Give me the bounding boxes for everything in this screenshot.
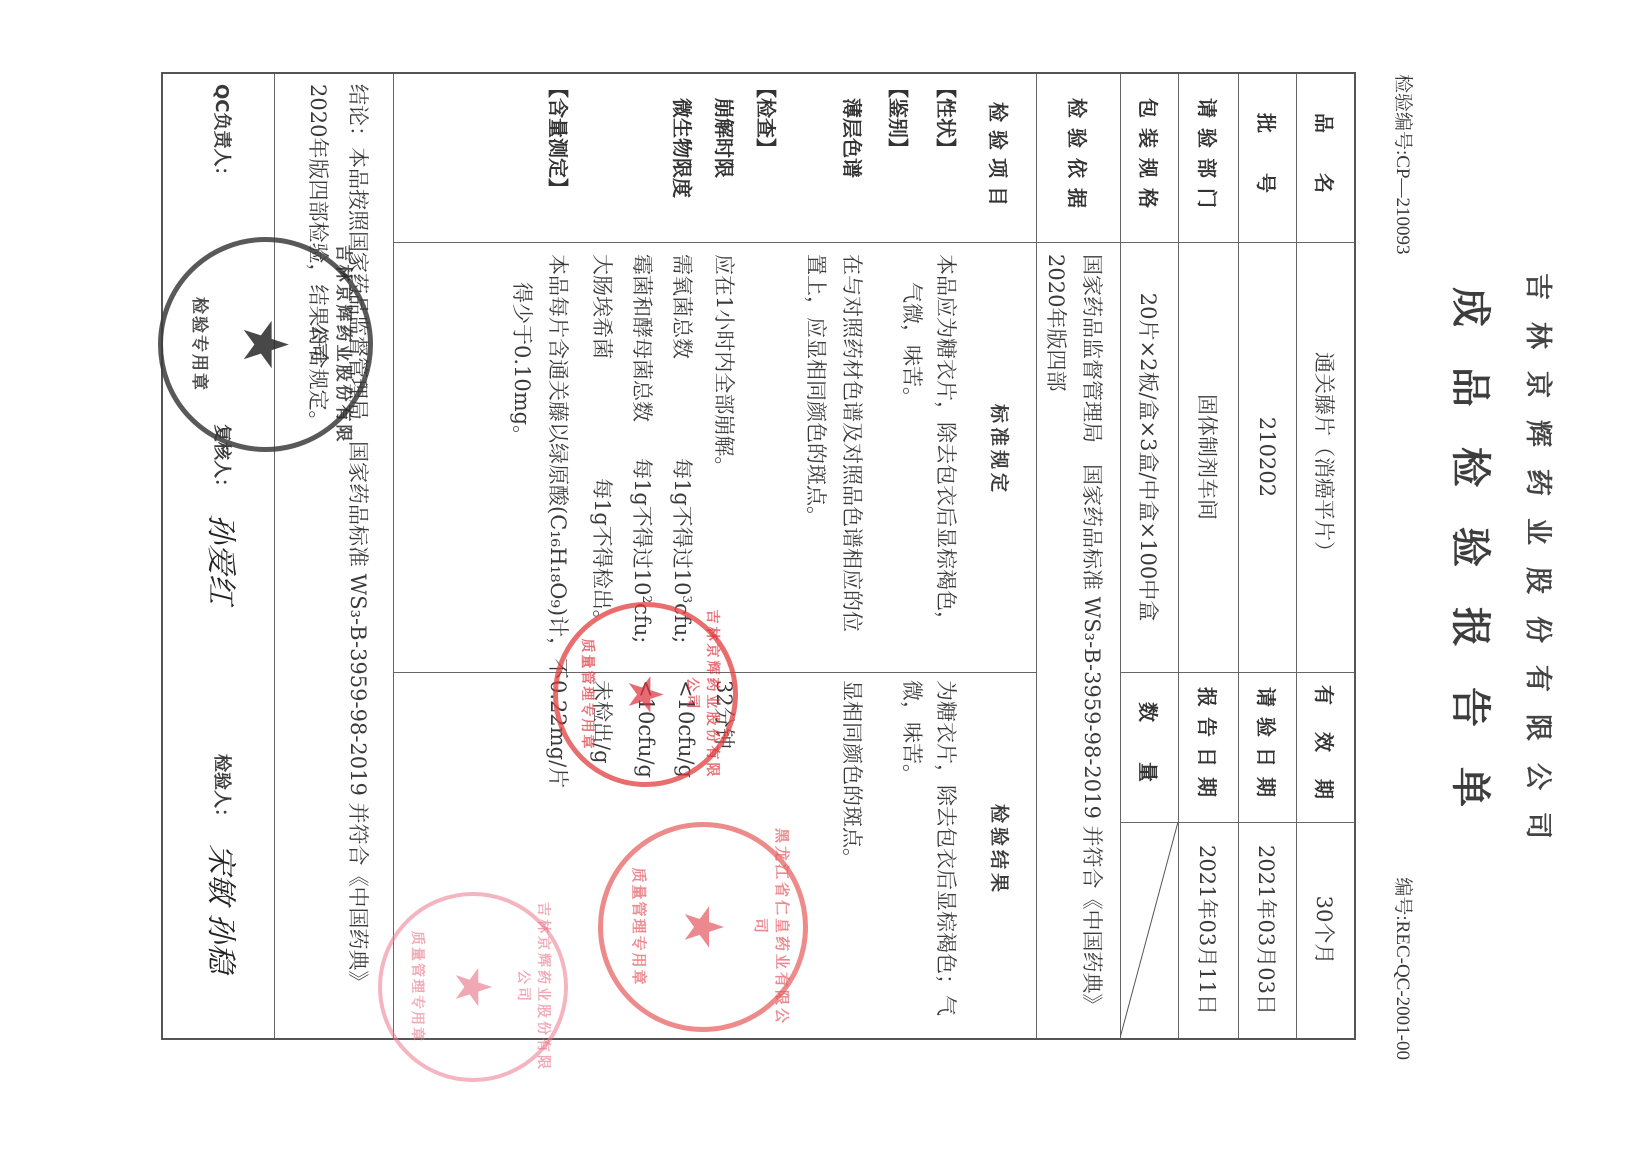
quality-seal-stamp-2: 黑龙江省仁皇药业有限公司 ★ 质量管理专用章 xyxy=(598,822,808,1032)
star-icon: ★ xyxy=(448,965,498,1010)
row-product: 品 名 通关藤片（消癌平片） 有 效 期 30个月 xyxy=(1296,74,1354,1038)
report-codes: 检验编号:CP—210093 编号:REC-QC-2001-00 xyxy=(1391,74,1418,1060)
col-header-result: 检验结果 xyxy=(987,804,1014,896)
conclusion-line-1: 结论：本品按照国家药品监督管理局 国家药品标准 WS₃-B-3959-98-20… xyxy=(344,84,374,992)
quality-seal-stamp-1: 吉林京辉药业股份有限公司 ★ 质量管理专用章 xyxy=(553,602,738,787)
reviewer-signature: 孙爱红 xyxy=(202,514,246,604)
quality-seal-2-bottom-text: 质量管理专用章 xyxy=(629,827,650,1027)
ecoli-name: 大肠埃希菌 xyxy=(588,254,618,359)
request-date-label: 请验日期 xyxy=(1239,672,1296,822)
col-header-standard: 标准规定 xyxy=(987,404,1014,496)
validity-value: 30个月 xyxy=(1297,822,1354,1038)
row-batch: 批 号 210202 请验日期 2021年03月03日 xyxy=(1238,74,1296,1038)
row-package: 包装规格 20片×2板/盒×3盒/中盒×100中盒 数 量 xyxy=(1120,74,1178,1038)
basis-line-1: 国家药品监督管理局 国家药品标准 WS₃-B-3959-98-2019 并符合《… xyxy=(1078,254,1108,1015)
assay-standard-2: 得少于0.10mg。 xyxy=(508,282,538,446)
product-name-value: 通关藤片（消癌平片） xyxy=(1297,242,1354,672)
quality-seal-1-bottom-text: 质量管理专用章 xyxy=(578,607,598,782)
character-result-2: 微，味苦。 xyxy=(898,680,928,785)
inspector-signature: 宋敏 孙稳 xyxy=(202,844,246,974)
inspection-number-value: CP—210093 xyxy=(1392,155,1413,254)
inspection-seal-ring-text: 吉林京辉药业股份有限公司 xyxy=(308,242,358,447)
quality-seal-1-ring-text: 吉林京辉药业股份有限公司 xyxy=(683,607,723,782)
report-date-label: 报告日期 xyxy=(1179,672,1238,822)
inspection-seal-stamp: 吉林京辉药业股份有限公司 ★ 检验专用章 xyxy=(158,237,373,452)
quantity-label: 数 量 xyxy=(1121,672,1178,822)
section-character: 【性状】 xyxy=(933,74,962,246)
character-standard-2: 气微，味苦。 xyxy=(898,282,928,408)
aerobic-name: 需氧菌总数 xyxy=(668,254,698,359)
quantity-blank-slash xyxy=(1120,822,1178,1038)
item-disintegration: 崩解时限 xyxy=(711,74,740,266)
form-number-value: REC-QC-2001-00 xyxy=(1392,921,1413,1060)
inspection-report-page: 吉林京辉药业股份有限公司 成品检验报告单 检验编号:CP—210093 编号:R… xyxy=(108,62,1568,1072)
disintegration-standard: 应在1小时内全部崩解。 xyxy=(710,254,740,477)
inspection-seal-bottom-text: 检验专用章 xyxy=(189,242,214,447)
row-department: 请验部门 固体制剂车间 报告日期 2021年03月11日 xyxy=(1178,74,1238,1038)
character-result-1: 为糖衣片，除去包衣后显棕褐色；气 xyxy=(932,680,962,1016)
mold-yeast-name: 霉菌和酵母菌总数 xyxy=(628,254,658,422)
company-name: 吉林京辉药业股份有限公司 xyxy=(1521,62,1560,1072)
quality-seal-2-ring-text: 黑龙江省仁皇药业有限公司 xyxy=(751,827,793,1027)
col-header-item: 检验项目 xyxy=(985,74,1014,242)
row-conclusion: 结论：本品按照国家药品监督管理局 国家药品标准 WS₃-B-3959-98-20… xyxy=(274,74,394,1038)
inspection-number: 检验编号:CP—210093 xyxy=(1391,74,1418,255)
form-number-label: 编号: xyxy=(1392,877,1413,920)
request-date-value: 2021年03月03日 xyxy=(1239,822,1296,1038)
tlc-standard-2: 置上，应显相同颜色的斑点。 xyxy=(802,254,832,527)
batch-value: 210202 xyxy=(1239,242,1296,672)
section-assay: 【含量测定】 xyxy=(545,74,574,246)
department-value: 固体制剂车间 xyxy=(1179,242,1238,672)
row-signatures: QC负责人： 复核人： 孙爱红 检验人： 宋敏 孙稳 xyxy=(163,74,274,1038)
tlc-result: 显相同颜色的斑点。 xyxy=(838,680,868,869)
department-label: 请验部门 xyxy=(1179,74,1238,242)
validity-label: 有 效 期 xyxy=(1297,672,1354,822)
inspector-label: 检验人： xyxy=(210,754,236,826)
quality-seal-stamp-3: 吉林京辉药业股份有限公司 ★ 质量管理专用章 xyxy=(378,892,568,1082)
form-number: 编号:REC-QC-2001-00 xyxy=(1391,877,1418,1060)
product-name-label: 品 名 xyxy=(1297,74,1354,242)
star-icon: ★ xyxy=(235,317,297,373)
basis-label: 检验依据 xyxy=(1037,74,1120,242)
star-icon: ★ xyxy=(622,673,670,716)
item-microbial-limit: 微生物限度 xyxy=(669,74,698,266)
quality-seal-3-ring-text: 吉林京辉药业股份有限公司 xyxy=(514,896,554,1078)
inspection-number-label: 检验编号: xyxy=(1392,74,1413,155)
report-title: 成品检验报告单 xyxy=(1445,62,1502,1072)
star-icon: ★ xyxy=(676,903,730,951)
assay-standard-1: 本品每片含通关藤以绿原酸(C₁₆H₁₈O₉)计，不 xyxy=(544,254,574,679)
quality-seal-3-bottom-text: 质量管理专用章 xyxy=(408,896,428,1078)
section-identification: 【鉴别】 xyxy=(885,74,914,246)
basis-line-2: 2020年版四部 xyxy=(1042,254,1072,391)
batch-label: 批 号 xyxy=(1239,74,1296,242)
package-value: 20片×2板/盒×3盒/中盒×100中盒 xyxy=(1121,242,1178,672)
item-tlc: 薄层色谱 xyxy=(839,74,868,266)
row-basis: 检验依据 国家药品监督管理局 国家药品标准 WS₃-B-3959-98-2019… xyxy=(1036,74,1120,1038)
report-date-value: 2021年03月11日 xyxy=(1179,822,1238,1038)
qc-manager-label: QC负责人： xyxy=(210,84,236,185)
section-examination: 【检查】 xyxy=(753,74,782,246)
character-standard-1: 本品应为糖衣片，除去包衣后显棕褐色， xyxy=(932,254,962,632)
tlc-standard-1: 在与对照药材色谱及对照品色谱相应的位 xyxy=(838,254,868,632)
package-label: 包装规格 xyxy=(1121,74,1178,242)
